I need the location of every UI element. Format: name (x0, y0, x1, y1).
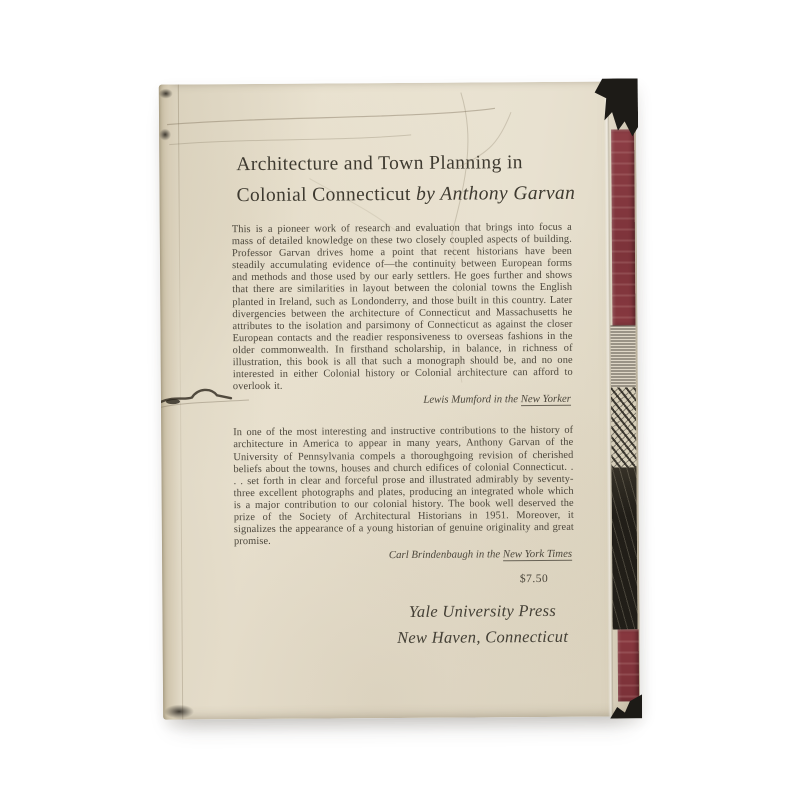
spine-red-strip-top (611, 129, 635, 325)
engraving-dark-area (611, 467, 637, 629)
book-author-byline: by Anthony Garvan (416, 182, 575, 204)
publication-name-new-york-times: New York Times (503, 548, 572, 561)
photo-background: Architecture and Town Planning in Coloni… (0, 0, 800, 800)
wear-mark-top-left (159, 89, 173, 99)
spine-red-strip-bottom (618, 629, 640, 701)
wear-mark-left (159, 129, 171, 141)
spine-illustration-sliver (610, 325, 637, 629)
price-label: $7.50 (234, 573, 574, 587)
publisher-name: Yale University Press (314, 598, 650, 626)
book-title-line2: Colonial Connecticut by Anthony Garvan (236, 178, 616, 211)
spine-edge (604, 81, 640, 716)
jacket-text-column: This is a pioneer work of research and e… (232, 222, 575, 653)
review-quote-brindenbaugh: In one of the most interesting and instr… (233, 425, 574, 548)
book-back-cover: Architecture and Town Planning in Coloni… (159, 81, 640, 719)
review-attribution-brindenbaugh: Carl Brindenbaugh in the New York Times (234, 548, 574, 562)
publication-name-new-yorker: New Yorker (521, 393, 571, 406)
publisher-location: New Haven, Connecticut (315, 624, 651, 652)
publisher-imprint: Yale University Press New Haven, Connect… (314, 598, 650, 652)
book-title-line1: Architecture and Town Planning in (236, 147, 616, 180)
review-attribution-mumford: Lewis Mumford in the New Yorker (233, 393, 573, 407)
engraving-crosshatch (611, 387, 637, 467)
wear-mark-bottom-left (164, 704, 194, 718)
engraving-lines (610, 325, 635, 387)
review-quote-mumford: This is a pioneer work of research and e… (232, 222, 573, 394)
torn-corner-black-top (590, 78, 638, 136)
book-title: Architecture and Town Planning in Coloni… (236, 147, 616, 211)
